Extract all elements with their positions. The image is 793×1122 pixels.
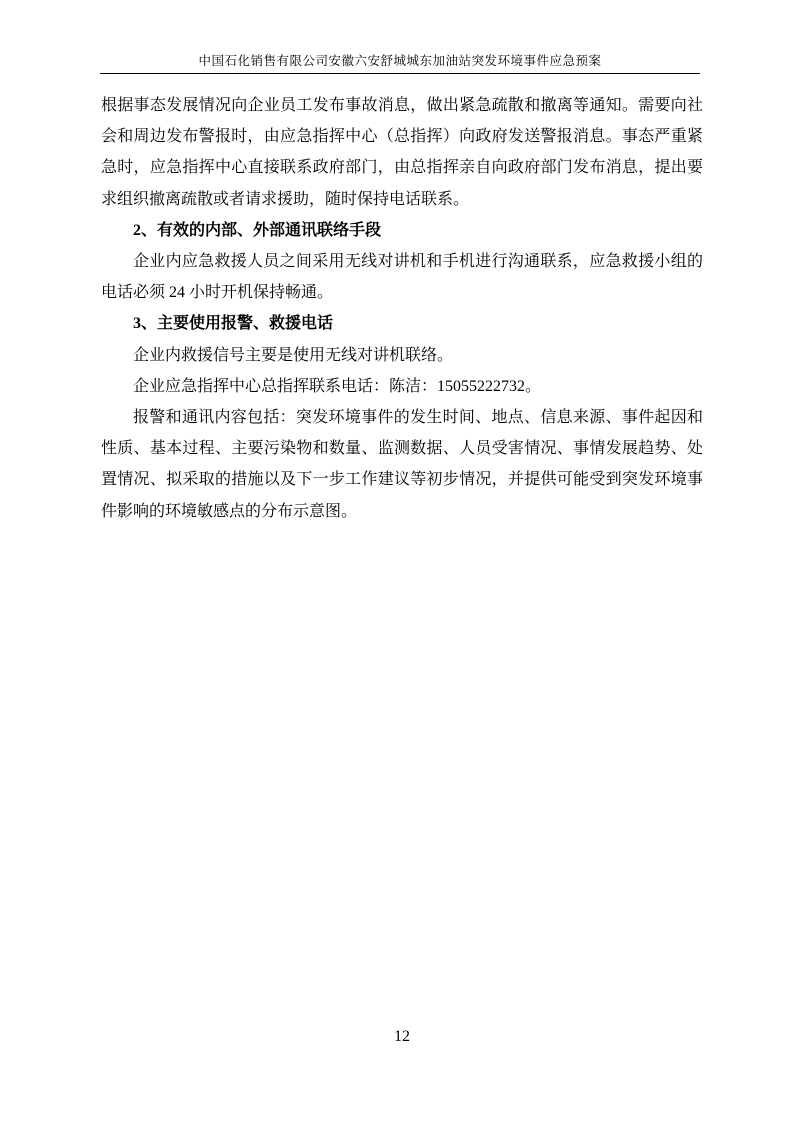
page-footer: 12 [101, 1026, 703, 1048]
paragraph-contact-phone: 企业应急指挥中心总指挥联系电话：陈洁：15055222732。 [101, 371, 703, 402]
document-body: 根据事态发展情况向企业员工发布事故消息，做出紧急疏散和撤离等通知。需要向社会和周… [101, 90, 703, 527]
document-page: 中国石化销售有限公司安徽六安舒城城东加油站突发环境事件应急预案 根据事态发展情况… [0, 0, 793, 1122]
page-number: 12 [394, 1028, 410, 1045]
header-title: 中国石化销售有限公司安徽六安舒城城东加油站突发环境事件应急预案 [198, 54, 601, 68]
paragraph-rescue-signal: 企业内救援信号主要是使用无线对讲机联络。 [101, 340, 703, 371]
paragraph-communication-means: 企业内应急救援人员之间采用无线对讲机和手机进行沟通联系，应急救援小组的电话必须 … [101, 246, 703, 308]
section-heading-3: 3、主要使用报警、救援电话 [101, 308, 703, 339]
page-header: 中国石化销售有限公司安徽六安舒城城东加油站突发环境事件应急预案 [100, 52, 700, 74]
paragraph-warning-notice: 根据事态发展情况向企业员工发布事故消息，做出紧急疏散和撤离等通知。需要向社会和周… [101, 90, 703, 215]
paragraph-alarm-content: 报警和通讯内容包括：突发环境事件的发生时间、地点、信息来源、事件起因和性质、基本… [101, 402, 703, 527]
section-heading-2: 2、有效的内部、外部通讯联络手段 [101, 215, 703, 246]
